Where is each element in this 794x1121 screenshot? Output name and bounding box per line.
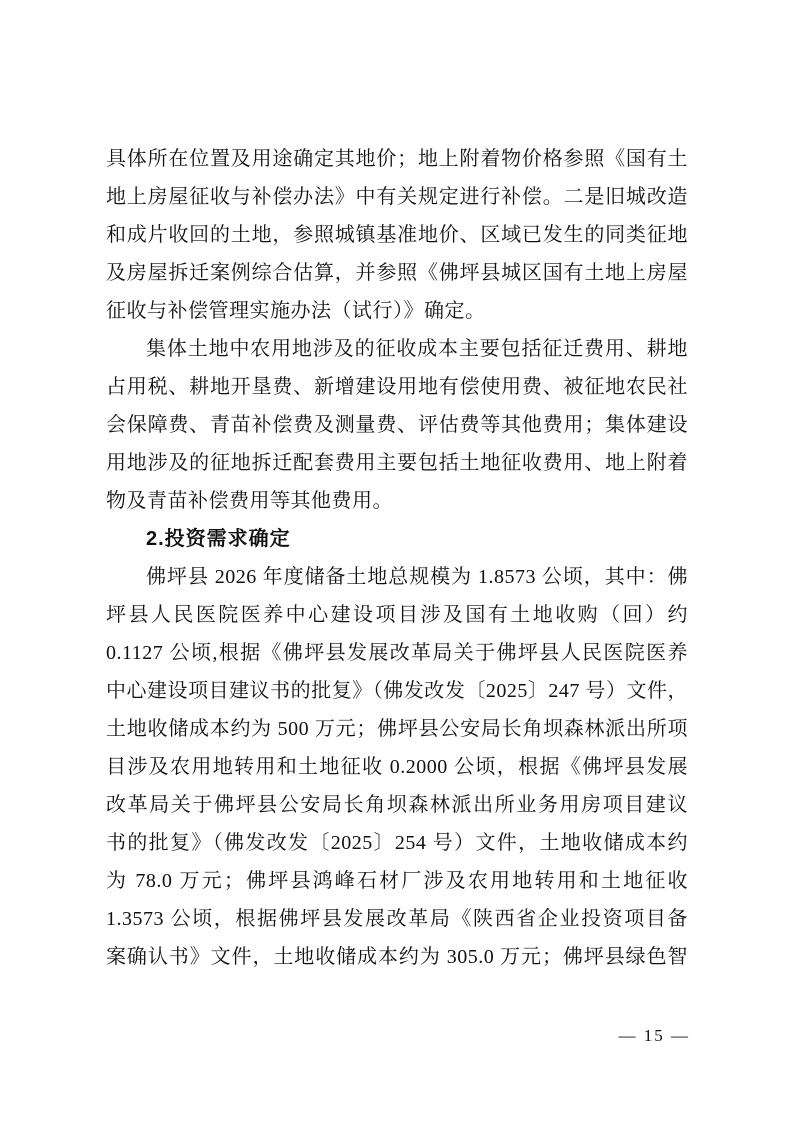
text-line: 坪县人民医院医养中心建设项目涉及国有土地收购（回）约: [106, 596, 688, 634]
text-line: 会保障费、青苗补偿费及测量费、评估费等其他费用；集体建设: [106, 406, 688, 444]
page-number: — 15 —: [619, 1024, 691, 1048]
text-line: 和成片收回的土地，参照城镇基准地价、区域已发生的同类征地: [106, 216, 688, 254]
text-line: 案确认书》文件，土地收储成本约为 305.0 万元；佛坪县绿色智: [106, 938, 688, 976]
section-heading: 2.投资需求确定: [106, 520, 688, 558]
text-line: 用地涉及的征地拆迁配套费用主要包括土地征收费用、地上附着: [106, 444, 688, 482]
text-line: 土地收储成本约为 500 万元；佛坪县公安局长角坝森林派出所项: [106, 710, 688, 748]
text-line: 地上房屋征收与补偿办法》中有关规定进行补偿。二是旧城改造: [106, 178, 688, 216]
text-line: 为 78.0 万元；佛坪县鸿峰石材厂涉及农用地转用和土地征收: [106, 862, 688, 900]
text-line: 及房屋拆迁案例综合估算，并参照《佛坪县城区国有土地上房屋: [106, 254, 688, 292]
text-line: 书的批复》（佛发改发〔2025〕254 号）文件，土地收储成本约: [106, 824, 688, 862]
text-line: 征收与补偿管理实施办法（试行）》确定。: [106, 292, 688, 330]
text-line: 改革局关于佛坪县公安局长角坝森林派出所业务用房项目建议: [106, 786, 688, 824]
text-line: 1.3573 公顷，根据佛坪县发展改革局《陕西省企业投资项目备: [106, 900, 688, 938]
text-line: 具体所在位置及用途确定其地价；地上附着物价格参照《国有土: [106, 140, 688, 178]
text-line: 佛坪县 2026 年度储备土地总规模为 1.8573 公顷，其中：佛: [106, 558, 688, 596]
text-line: 物及青苗补偿费用等其他费用。: [106, 482, 688, 520]
text-line: 0.1127 公顷,根据《佛坪县发展改革局关于佛坪县人民医院医养: [106, 634, 688, 672]
text-line: 目涉及农用地转用和土地征收 0.2000 公顷，根据《佛坪县发展: [106, 748, 688, 786]
text-line: 占用税、耕地开垦费、新增建设用地有偿使用费、被征地农民社: [106, 368, 688, 406]
text-line: 中心建设项目建议书的批复》（佛发改发〔2025〕247 号）文件，: [106, 672, 688, 710]
text-block: 具体所在位置及用途确定其地价；地上附着物价格参照《国有土地上房屋征收与补偿办法》…: [106, 140, 688, 976]
text-line: 集体土地中农用地涉及的征收成本主要包括征迁费用、耕地: [106, 330, 688, 368]
document-page: 具体所在位置及用途确定其地价；地上附着物价格参照《国有土地上房屋征收与补偿办法》…: [0, 0, 794, 1121]
